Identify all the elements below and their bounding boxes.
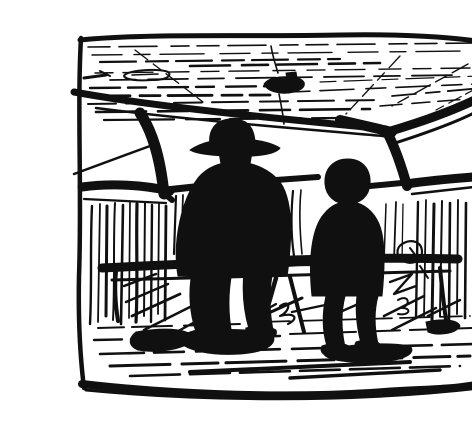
sketch-illustration [40,16,472,416]
child-head [325,159,370,204]
adult-left-leg [190,272,232,335]
adult-left-foot [190,329,238,346]
child-right-leg [356,296,378,344]
child-right-foot [355,340,380,353]
ink-sketch-svg [40,16,472,416]
child-left-foot [321,343,350,357]
adult-right-leg [243,271,273,330]
child-left-leg [323,296,345,347]
